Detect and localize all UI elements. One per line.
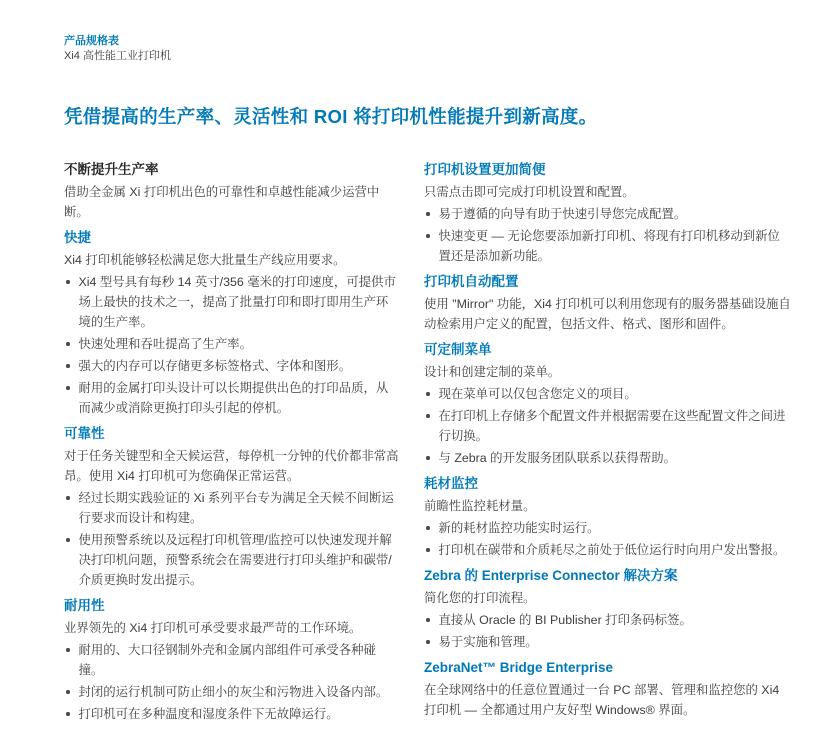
section-intro: 简化您的打印流程。	[424, 588, 792, 608]
bullet-text: Xi4 型号具有每秒 14 英寸/356 毫米的打印速度，可提供市场上最快的技术…	[79, 272, 401, 332]
section: 耗材监控前瞻性监控耗材量。新的耗材监控功能实时运行。打印机在碳带和介质耗尽之前处…	[424, 474, 792, 560]
bullet-dot-icon	[426, 212, 430, 216]
left-column: 不断提升生产率借助全金属 Xi 打印机出色的可靠性和卓越性能减少运营中断。快捷X…	[64, 160, 400, 726]
bullet-text: 打印机可在多种温度和湿度条件下无故障运行。	[79, 704, 401, 724]
bullet-dot-icon	[426, 640, 430, 644]
bullet-dot-icon	[66, 386, 70, 390]
section-intro: 设计和创建定制的菜单。	[424, 362, 792, 382]
product-name: Xi4 高性能工业打印机	[64, 49, 171, 64]
bullet-dot-icon	[426, 414, 430, 418]
bullet-item: 快速变更 — 无论您要添加新打印机、将现有打印机移动到新位置还是添加新功能。	[424, 226, 792, 266]
bullet-dot-icon	[66, 712, 70, 716]
section-heading: 快捷	[64, 228, 400, 248]
bullet-item: 现在菜单可以仅包含您定义的项目。	[424, 384, 792, 404]
section-intro: 前瞻性监控耗材量。	[424, 496, 792, 516]
bullet-text: 经过长期实践验证的 Xi 系列平台专为满足全天候不间断运行要求而设计和构建。	[79, 488, 401, 528]
section: ZebraNet™ Bridge Enterprise在全球网络中的任意位置通过…	[424, 658, 792, 720]
bullet-text: 直接从 Oracle 的 BI Publisher 打印条码标签。	[439, 610, 793, 630]
bullet-text: 易于遵循的向导有助于快速引导您完成配置。	[439, 204, 793, 224]
section-intro: 在全球网络中的任意位置通过一台 PC 部署、管理和监控您的 Xi4 打印机 — …	[424, 680, 792, 720]
page-title: 凭借提高的生产率、灵活性和 ROI 将打印机性能提升到新高度。	[64, 103, 794, 129]
section: 不断提升生产率借助全金属 Xi 打印机出色的可靠性和卓越性能减少运营中断。	[64, 160, 400, 222]
bullet-item: 打印机在碳带和介质耗尽之前处于低位运行时向用户发出警报。	[424, 540, 792, 560]
bullet-item: 耐用的金属打印头设计可以长期提供出色的打印品质，从而减少或消除更换打印头引起的停…	[64, 378, 400, 418]
bullet-dot-icon	[426, 548, 430, 552]
section: 打印机设置更加简便只需点击即可完成打印机设置和配置。易于遵循的向导有助于快速引导…	[424, 160, 792, 266]
bullet-text: 快速变更 — 无论您要添加新打印机、将现有打印机移动到新位置还是添加新功能。	[439, 226, 793, 266]
doc-type-label: 产品规格表	[64, 34, 171, 49]
bullet-item: 使用预警系统以及远程打印机管理/监控可以快速发现并解决打印机问题，预警系统会在需…	[64, 530, 400, 590]
section-intro: 借助全金属 Xi 打印机出色的可靠性和卓越性能减少运营中断。	[64, 182, 400, 222]
bullet-text: 快速处理和吞吐提高了生产率。	[79, 334, 401, 354]
bullet-dot-icon	[66, 496, 70, 500]
bullet-item: 快速处理和吞吐提高了生产率。	[64, 334, 400, 354]
bullet-item: 在打印机上存储多个配置文件并根据需要在这些配置文件之间进行切换。	[424, 406, 792, 446]
bullet-text: 封闭的运行机制可防止细小的灰尘和污物进入设备内部。	[79, 682, 401, 702]
bullet-item: 经过长期实践验证的 Xi 系列平台专为满足全天候不间断运行要求而设计和构建。	[64, 488, 400, 528]
bullet-dot-icon	[426, 526, 430, 530]
section-heading: 可定制菜单	[424, 340, 792, 360]
section-heading: 耗材监控	[424, 474, 792, 494]
section: Zebra 的 Enterprise Connector 解决方案简化您的打印流…	[424, 566, 792, 652]
section-intro: 业界领先的 Xi4 打印机可承受要求最严苛的工作环境。	[64, 618, 400, 638]
section-heading: Zebra 的 Enterprise Connector 解决方案	[424, 566, 792, 586]
bullet-text: 与 Zebra 的开发服务团队联系以获得帮助。	[439, 448, 793, 468]
bullet-item: 封闭的运行机制可防止细小的灰尘和污物进入设备内部。	[64, 682, 400, 702]
bullet-item: 直接从 Oracle 的 BI Publisher 打印条码标签。	[424, 610, 792, 630]
bullet-dot-icon	[426, 392, 430, 396]
bullet-dot-icon	[66, 364, 70, 368]
section-heading: 打印机设置更加简便	[424, 160, 792, 180]
section: 可靠性对于任务关键型和全天候运营，每停机一分钟的代价都非常高昂。使用 Xi4 打…	[64, 424, 400, 590]
bullet-item: 易于遵循的向导有助于快速引导您完成配置。	[424, 204, 792, 224]
bullet-text: 在打印机上存储多个配置文件并根据需要在这些配置文件之间进行切换。	[439, 406, 793, 446]
bullet-dot-icon	[66, 538, 70, 542]
right-column: 打印机设置更加简便只需点击即可完成打印机设置和配置。易于遵循的向导有助于快速引导…	[424, 160, 792, 726]
section-heading: 不断提升生产率	[64, 160, 400, 180]
section-intro: 对于任务关键型和全天候运营，每停机一分钟的代价都非常高昂。使用 Xi4 打印机可…	[64, 446, 400, 486]
bullet-item: 耐用的、大口径钢制外壳和金属内部组件可承受各种碰撞。	[64, 640, 400, 680]
section-heading: 耐用性	[64, 596, 400, 616]
bullet-dot-icon	[66, 690, 70, 694]
section-heading: 打印机自动配置	[424, 272, 792, 292]
bullet-item: Xi4 型号具有每秒 14 英寸/356 毫米的打印速度，可提供市场上最快的技术…	[64, 272, 400, 332]
section: 可定制菜单设计和创建定制的菜单。现在菜单可以仅包含您定义的项目。在打印机上存储多…	[424, 340, 792, 468]
section-heading: 可靠性	[64, 424, 400, 444]
section-intro: 只需点击即可完成打印机设置和配置。	[424, 182, 792, 202]
document-header: 产品规格表 Xi4 高性能工业打印机	[64, 34, 171, 64]
section: 耐用性业界领先的 Xi4 打印机可承受要求最严苛的工作环境。耐用的、大口径钢制外…	[64, 596, 400, 724]
content-columns: 不断提升生产率借助全金属 Xi 打印机出色的可靠性和卓越性能减少运营中断。快捷X…	[64, 160, 792, 726]
bullet-item: 与 Zebra 的开发服务团队联系以获得帮助。	[424, 448, 792, 468]
bullet-item: 易于实施和管理。	[424, 632, 792, 652]
bullet-text: 打印机在碳带和介质耗尽之前处于低位运行时向用户发出警报。	[439, 540, 793, 560]
bullet-dot-icon	[66, 280, 70, 284]
spec-sheet-page: 产品规格表 Xi4 高性能工业打印机 凭借提高的生产率、灵活性和 ROI 将打印…	[0, 0, 826, 751]
bullet-text: 耐用的、大口径钢制外壳和金属内部组件可承受各种碰撞。	[79, 640, 401, 680]
section: 快捷Xi4 打印机能够轻松满足您大批量生产线应用要求。Xi4 型号具有每秒 14…	[64, 228, 400, 418]
section-heading: ZebraNet™ Bridge Enterprise	[424, 658, 792, 678]
section-intro: Xi4 打印机能够轻松满足您大批量生产线应用要求。	[64, 250, 400, 270]
bullet-text: 新的耗材监控功能实时运行。	[439, 518, 793, 538]
bullet-text: 使用预警系统以及远程打印机管理/监控可以快速发现并解决打印机问题，预警系统会在需…	[79, 530, 401, 590]
bullet-text: 耐用的金属打印头设计可以长期提供出色的打印品质，从而减少或消除更换打印头引起的停…	[79, 378, 401, 418]
bullet-item: 新的耗材监控功能实时运行。	[424, 518, 792, 538]
bullet-dot-icon	[426, 456, 430, 460]
bullet-dot-icon	[426, 234, 430, 238]
bullet-dot-icon	[66, 648, 70, 652]
bullet-text: 易于实施和管理。	[439, 632, 793, 652]
bullet-item: 强大的内存可以存储更多标签格式、字体和图形。	[64, 356, 400, 376]
bullet-dot-icon	[66, 342, 70, 346]
bullet-text: 现在菜单可以仅包含您定义的项目。	[439, 384, 793, 404]
bullet-dot-icon	[426, 618, 430, 622]
section: 打印机自动配置使用 "Mirror" 功能，Xi4 打印机可以利用您现有的服务器…	[424, 272, 792, 334]
bullet-text: 强大的内存可以存储更多标签格式、字体和图形。	[79, 356, 401, 376]
bullet-item: 打印机可在多种温度和湿度条件下无故障运行。	[64, 704, 400, 724]
section-intro: 使用 "Mirror" 功能，Xi4 打印机可以利用您现有的服务器基础设施自动检…	[424, 294, 792, 334]
